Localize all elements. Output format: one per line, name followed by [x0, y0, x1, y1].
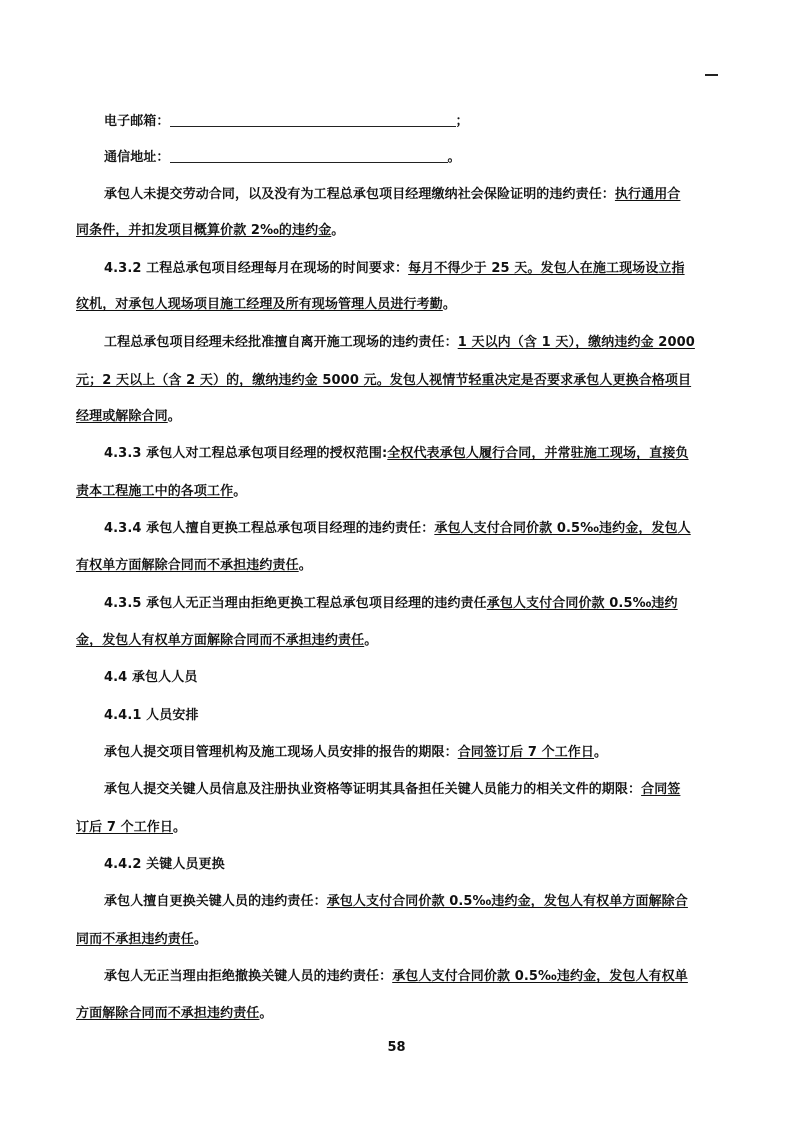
clause-4-3-3-cont: 责本工程施工中的各项工作。: [76, 482, 716, 502]
paragraph-staffing-report: 承包人提交项目管理机构及施工现场人员安排的报告的期限：合同签订后 7 个工作日。: [104, 743, 716, 763]
clause-4-3-4-cont: 有权单方面解除合同而不承担违约责任。: [76, 556, 716, 576]
text: 承包人擅自更换关键人员的违约责任：: [104, 894, 327, 909]
paragraph-labor-contract: 承包人未提交劳动合同，以及没有为工程总承包项目经理缴纳社会保险证明的违约责任：执…: [104, 185, 716, 205]
underlined-text: 纹机，对承包人现场项目施工经理及所有现场管理人员进行考勤: [76, 297, 443, 312]
text: 。: [443, 297, 456, 312]
text: 。: [331, 223, 344, 238]
heading-4-4: 4.4 承包人人员: [104, 668, 716, 688]
address-line: 通信地址：。: [104, 148, 716, 168]
paragraph-unauthorized-leave-cont: 元；2 天以上（含 2 天）的，缴纳违约金 5000 元。发包人视情节轻重决定是…: [76, 371, 716, 391]
text: 工程总承包项目经理未经批准擅自离开施工现场的违约责任：: [104, 335, 458, 350]
underlined-text: 合同签: [641, 782, 680, 797]
paragraph-refuse-replacement-cont: 方面解除合同而不承担违约责任。: [76, 1004, 716, 1024]
address-label: 通信地址：: [104, 150, 170, 165]
text: 承包人无正当理由拒绝撤换关键人员的违约责任：: [104, 969, 392, 984]
paragraph-refuse-replacement: 承包人无正当理由拒绝撤换关键人员的违约责任：承包人支付合同价款 0.5‰违约金，…: [104, 967, 716, 987]
text: 。: [259, 1006, 272, 1021]
underlined-text: 承包人支付合同价款 0.5‰违约: [487, 596, 678, 611]
text: 4.3.3 承包人对工程总承包项目经理的授权范围:: [104, 446, 387, 461]
underlined-text: 同条件，并扣发项目概算价款 2‰的违约金: [76, 223, 331, 238]
paragraph-key-personnel-docs: 承包人提交关键人员信息及注册执业资格等证明其具备担任关键人员能力的相关文件的期限…: [104, 780, 716, 800]
text: 。: [168, 409, 181, 424]
text: 4.3.5 承包人无正当理由拒绝更换工程总承包项目经理的违约责任: [104, 596, 487, 611]
text: 4.3.4 承包人擅自更换工程总承包项目经理的违约责任：: [104, 521, 434, 536]
address-blank-field[interactable]: [170, 148, 448, 163]
email-label: 电子邮箱：: [104, 114, 170, 129]
paragraph-unauthorized-leave-cont2: 经理或解除合同。: [76, 407, 716, 427]
text: 。: [299, 558, 312, 573]
text: 。: [194, 932, 207, 947]
clause-4-3-4: 4.3.4 承包人擅自更换工程总承包项目经理的违约责任：承包人支付合同价款 0.…: [104, 519, 716, 539]
page-number: 58: [0, 1040, 793, 1055]
email-line: 电子邮箱：；: [104, 112, 716, 132]
underlined-text: 元；2 天以上（含 2 天）的，缴纳违约金 5000 元。发包人视情节轻重决定是…: [76, 373, 691, 388]
underlined-text: 承包人支付合同价款 0.5‰违约金，发包人有权单: [392, 969, 688, 984]
underlined-text: 承包人支付合同价款 0.5‰违约金，发包人: [434, 521, 690, 536]
clause-4-3-5-cont: 金，发包人有权单方面解除合同而不承担违约责任。: [76, 631, 716, 651]
underlined-text: 执行通用合: [615, 187, 681, 202]
underlined-text: 同而不承担违约责任: [76, 932, 194, 947]
text: 。: [364, 633, 377, 648]
underlined-text: 责本工程施工中的各项工作: [76, 484, 233, 499]
clause-4-3-2-cont: 纹机，对承包人现场项目施工经理及所有现场管理人员进行考勤。: [76, 295, 716, 315]
text: 。: [173, 820, 186, 835]
underlined-text: 合同签订后 7 个工作日: [458, 745, 594, 760]
text: 。: [233, 484, 246, 499]
text: 承包人提交关键人员信息及注册执业资格等证明其具备担任关键人员能力的相关文件的期限…: [104, 782, 641, 797]
text: 承包人未提交劳动合同，以及没有为工程总承包项目经理缴纳社会保险证明的违约责任：: [104, 187, 615, 202]
email-end: ；: [456, 114, 469, 129]
paragraph-labor-contract-cont: 同条件，并扣发项目概算价款 2‰的违约金。: [76, 221, 716, 241]
text: 承包人提交项目管理机构及施工现场人员安排的报告的期限：: [104, 745, 458, 760]
underlined-text: 每月不得少于 25 天。发包人在施工现场设立指: [408, 261, 684, 276]
corner-dash-mark: [705, 74, 718, 76]
underlined-text: 1 天以内（含 1 天），缴纳违约金 2000: [458, 335, 695, 350]
paragraph-key-personnel-docs-cont: 订后 7 个工作日。: [76, 818, 716, 838]
address-end: 。: [448, 150, 461, 165]
underlined-text: 有权单方面解除合同而不承担违约责任: [76, 558, 299, 573]
heading-4-4-1: 4.4.1 人员安排: [104, 706, 716, 726]
underlined-text: 承包人支付合同价款 0.5‰违约金，发包人有权单方面解除合: [327, 894, 688, 909]
text: 4.3.2 工程总承包项目经理每月在现场的时间要求：: [104, 261, 408, 276]
underlined-text: 经理或解除合同: [76, 409, 168, 424]
paragraph-unauthorized-leave: 工程总承包项目经理未经批准擅自离开施工现场的违约责任：1 天以内（含 1 天），…: [104, 333, 716, 353]
underlined-text: 金，发包人有权单方面解除合同而不承担违约责任: [76, 633, 364, 648]
paragraph-unauthorized-replacement: 承包人擅自更换关键人员的违约责任：承包人支付合同价款 0.5‰违约金，发包人有权…: [104, 892, 716, 912]
underlined-text: 全权代表承包人履行合同，并常驻施工现场，直接负: [387, 446, 688, 461]
heading-4-4-2: 4.4.2 关键人员更换: [104, 855, 716, 875]
clause-4-3-2: 4.3.2 工程总承包项目经理每月在现场的时间要求：每月不得少于 25 天。发包…: [104, 259, 716, 279]
clause-4-3-5: 4.3.5 承包人无正当理由拒绝更换工程总承包项目经理的违约责任承包人支付合同价…: [104, 594, 716, 614]
text: 。: [594, 745, 607, 760]
underlined-text: 方面解除合同而不承担违约责任: [76, 1006, 259, 1021]
underlined-text: 订后 7 个工作日: [76, 820, 173, 835]
clause-4-3-3: 4.3.3 承包人对工程总承包项目经理的授权范围:全权代表承包人履行合同，并常驻…: [104, 444, 716, 464]
paragraph-unauthorized-replacement-cont: 同而不承担违约责任。: [76, 930, 716, 950]
email-blank-field[interactable]: [170, 112, 456, 127]
